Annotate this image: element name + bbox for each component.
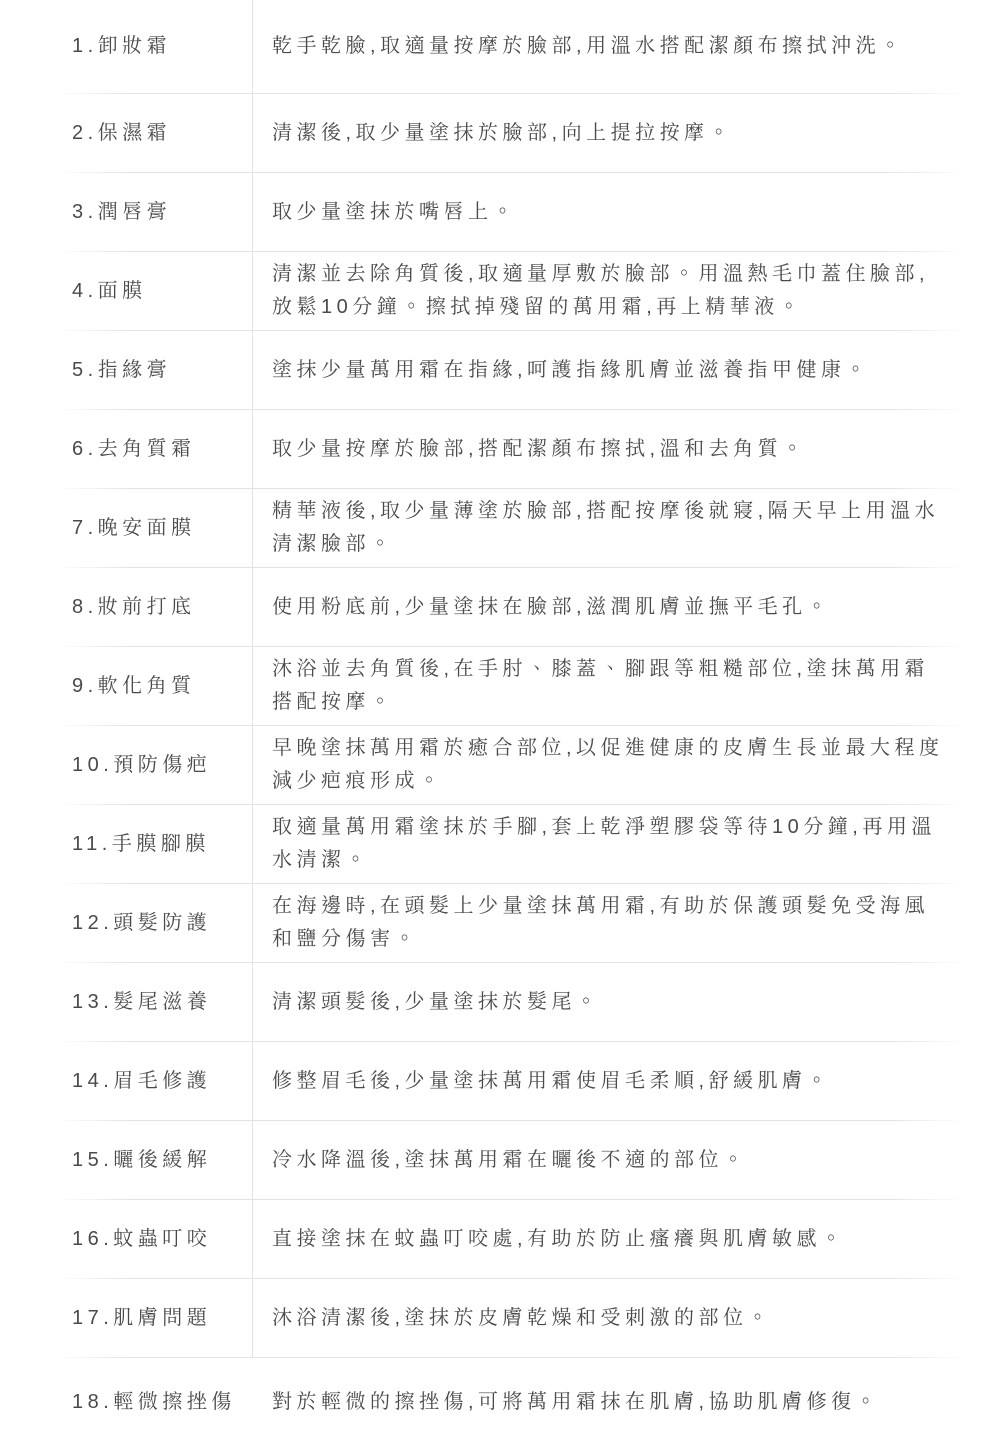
row-description: 清潔頭髮後,少量塗抹於髮尾。 bbox=[272, 991, 601, 1013]
row-description: 直接塗抹在蚊蟲叮咬處,有助於防止瘙癢與肌膚敏感。 bbox=[272, 1228, 846, 1250]
row-description: 精華液後,取少量薄塗於臉部,搭配按摩後就寢,隔天早上用溫水清潔臉部。 bbox=[272, 500, 939, 555]
usage-table: 1.卸妝霜 乾手乾臉,取適量按摩於臉部,用溫水搭配潔顏布擦拭沖洗。 2.保濕霜 … bbox=[0, 0, 1000, 1447]
row-description: 修整眉毛後,少量塗抹萬用霜使眉毛柔順,舒緩肌膚。 bbox=[272, 1070, 831, 1092]
label-cell: 11.手膜腳膜 bbox=[0, 805, 253, 883]
table-row: 1.卸妝霜 乾手乾臉,取適量按摩於臉部,用溫水搭配潔顏布擦拭沖洗。 bbox=[0, 0, 1000, 93]
desc-cell: 塗抹少量萬用霜在指緣,呵護指緣肌膚並滋養指甲健康。 bbox=[253, 348, 1000, 393]
label-cell: 4.面膜 bbox=[0, 252, 253, 330]
desc-cell: 取少量塗抹於嘴唇上。 bbox=[253, 190, 1000, 235]
desc-cell: 沐浴清潔後,塗抹於皮膚乾燥和受刺激的部位。 bbox=[253, 1296, 1000, 1341]
label-cell: 6.去角質霜 bbox=[0, 410, 253, 488]
row-description: 對於輕微的擦挫傷,可將萬用霜抹在肌膚,協助肌膚修復。 bbox=[272, 1391, 880, 1413]
desc-cell: 直接塗抹在蚊蟲叮咬處,有助於防止瘙癢與肌膚敏感。 bbox=[253, 1217, 1000, 1262]
row-label: 15.曬後緩解 bbox=[72, 1144, 211, 1177]
label-cell: 8.妝前打底 bbox=[0, 568, 253, 646]
row-description: 早晚塗抹萬用霜於癒合部位,以促進健康的皮膚生長並最大程度減少疤痕形成。 bbox=[272, 737, 944, 792]
label-cell: 10.預防傷疤 bbox=[0, 726, 253, 804]
label-cell: 18.輕微擦挫傷 bbox=[0, 1358, 253, 1446]
label-cell: 3.潤唇膏 bbox=[0, 173, 253, 251]
row-label: 16.蚊蟲叮咬 bbox=[72, 1223, 211, 1256]
label-cell: 5.指緣膏 bbox=[0, 331, 253, 409]
label-cell: 1.卸妝霜 bbox=[0, 0, 253, 93]
row-label: 1.卸妝霜 bbox=[72, 30, 171, 63]
row-label: 5.指緣膏 bbox=[72, 354, 171, 387]
label-cell: 14.眉毛修護 bbox=[0, 1042, 253, 1120]
table-row: 16.蚊蟲叮咬 直接塗抹在蚊蟲叮咬處,有助於防止瘙癢與肌膚敏感。 bbox=[0, 1200, 1000, 1278]
row-label: 9.軟化角質 bbox=[72, 670, 196, 703]
table-row: 10.預防傷疤 早晚塗抹萬用霜於癒合部位,以促進健康的皮膚生長並最大程度減少疤痕… bbox=[0, 726, 1000, 804]
desc-cell: 清潔並去除角質後,取適量厚敷於臉部。用溫熱毛巾蓋住臉部,放鬆10分鐘。擦拭掉殘留… bbox=[253, 252, 1000, 330]
row-description: 沐浴清潔後,塗抹於皮膚乾燥和受刺激的部位。 bbox=[272, 1307, 772, 1329]
label-cell: 13.髮尾滋養 bbox=[0, 963, 253, 1041]
label-cell: 7.晚安面膜 bbox=[0, 489, 253, 567]
table-row: 17.肌膚問題 沐浴清潔後,塗抹於皮膚乾燥和受刺激的部位。 bbox=[0, 1279, 1000, 1357]
table-row: 4.面膜 清潔並去除角質後,取適量厚敷於臉部。用溫熱毛巾蓋住臉部,放鬆10分鐘。… bbox=[0, 252, 1000, 330]
table-row: 2.保濕霜 清潔後,取少量塗抹於臉部,向上提拉按摩。 bbox=[0, 94, 1000, 172]
label-cell: 9.軟化角質 bbox=[0, 647, 253, 725]
desc-cell: 取適量萬用霜塗抹於手腳,套上乾淨塑膠袋等待10分鐘,再用溫水清潔。 bbox=[253, 805, 1000, 883]
label-cell: 2.保濕霜 bbox=[0, 94, 253, 172]
table-row: 8.妝前打底 使用粉底前,少量塗抹在臉部,滋潤肌膚並撫平毛孔。 bbox=[0, 568, 1000, 646]
label-cell: 17.肌膚問題 bbox=[0, 1279, 253, 1357]
table-row: 15.曬後緩解 冷水降溫後,塗抹萬用霜在曬後不適的部位。 bbox=[0, 1121, 1000, 1199]
table-row: 11.手膜腳膜 取適量萬用霜塗抹於手腳,套上乾淨塑膠袋等待10分鐘,再用溫水清潔… bbox=[0, 805, 1000, 883]
desc-cell: 對於輕微的擦挫傷,可將萬用霜抹在肌膚,協助肌膚修復。 bbox=[253, 1380, 1000, 1425]
row-label: 3.潤唇膏 bbox=[72, 196, 171, 229]
row-label: 6.去角質霜 bbox=[72, 433, 196, 466]
table-row: 5.指緣膏 塗抹少量萬用霜在指緣,呵護指緣肌膚並滋養指甲健康。 bbox=[0, 331, 1000, 409]
table-row: 12.頭髮防護 在海邊時,在頭髮上少量塗抹萬用霜,有助於保護頭髮免受海風和鹽分傷… bbox=[0, 884, 1000, 962]
desc-cell: 清潔頭髮後,少量塗抹於髮尾。 bbox=[253, 980, 1000, 1025]
table-row: 6.去角質霜 取少量按摩於臉部,搭配潔顏布擦拭,溫和去角質。 bbox=[0, 410, 1000, 488]
table-row: 18.輕微擦挫傷 對於輕微的擦挫傷,可將萬用霜抹在肌膚,協助肌膚修復。 bbox=[0, 1358, 1000, 1446]
row-label: 14.眉毛修護 bbox=[72, 1065, 211, 1098]
row-description: 清潔並去除角質後,取適量厚敷於臉部。用溫熱毛巾蓋住臉部,放鬆10分鐘。擦拭掉殘留… bbox=[272, 263, 929, 318]
row-label: 2.保濕霜 bbox=[72, 117, 171, 150]
row-label: 7.晚安面膜 bbox=[72, 512, 196, 545]
row-label: 13.髮尾滋養 bbox=[72, 986, 211, 1019]
row-description: 取少量按摩於臉部,搭配潔顏布擦拭,溫和去角質。 bbox=[272, 438, 807, 460]
desc-cell: 沐浴並去角質後,在手肘、膝蓋、腳跟等粗糙部位,塗抹萬用霜搭配按摩。 bbox=[253, 647, 1000, 725]
row-label: 8.妝前打底 bbox=[72, 591, 196, 624]
row-description: 乾手乾臉,取適量按摩於臉部,用溫水搭配潔顏布擦拭沖洗。 bbox=[272, 35, 905, 57]
table-row: 13.髮尾滋養 清潔頭髮後,少量塗抹於髮尾。 bbox=[0, 963, 1000, 1041]
label-cell: 15.曬後緩解 bbox=[0, 1121, 253, 1199]
row-description: 取少量塗抹於嘴唇上。 bbox=[272, 201, 517, 223]
table-row: 3.潤唇膏 取少量塗抹於嘴唇上。 bbox=[0, 173, 1000, 251]
desc-cell: 清潔後,取少量塗抹於臉部,向上提拉按摩。 bbox=[253, 111, 1000, 156]
row-label: 18.輕微擦挫傷 bbox=[72, 1386, 236, 1419]
row-label: 4.面膜 bbox=[72, 275, 147, 308]
table-row: 14.眉毛修護 修整眉毛後,少量塗抹萬用霜使眉毛柔順,舒緩肌膚。 bbox=[0, 1042, 1000, 1120]
row-label: 10.預防傷疤 bbox=[72, 749, 211, 782]
row-description: 塗抹少量萬用霜在指緣,呵護指緣肌膚並滋養指甲健康。 bbox=[272, 359, 870, 381]
desc-cell: 冷水降溫後,塗抹萬用霜在曬後不適的部位。 bbox=[253, 1138, 1000, 1183]
table-row: 7.晚安面膜 精華液後,取少量薄塗於臉部,搭配按摩後就寢,隔天早上用溫水清潔臉部… bbox=[0, 489, 1000, 567]
row-label: 12.頭髮防護 bbox=[72, 907, 211, 940]
row-description: 冷水降溫後,塗抹萬用霜在曬後不適的部位。 bbox=[272, 1149, 748, 1171]
label-cell: 12.頭髮防護 bbox=[0, 884, 253, 962]
row-label: 17.肌膚問題 bbox=[72, 1302, 211, 1335]
row-label: 11.手膜腳膜 bbox=[72, 828, 210, 861]
row-description: 清潔後,取少量塗抹於臉部,向上提拉按摩。 bbox=[272, 122, 733, 144]
desc-cell: 修整眉毛後,少量塗抹萬用霜使眉毛柔順,舒緩肌膚。 bbox=[253, 1059, 1000, 1104]
desc-cell: 早晚塗抹萬用霜於癒合部位,以促進健康的皮膚生長並最大程度減少疤痕形成。 bbox=[253, 726, 1000, 804]
desc-cell: 使用粉底前,少量塗抹在臉部,滋潤肌膚並撫平毛孔。 bbox=[253, 585, 1000, 630]
table-row: 9.軟化角質 沐浴並去角質後,在手肘、膝蓋、腳跟等粗糙部位,塗抹萬用霜搭配按摩。 bbox=[0, 647, 1000, 725]
desc-cell: 取少量按摩於臉部,搭配潔顏布擦拭,溫和去角質。 bbox=[253, 427, 1000, 472]
desc-cell: 在海邊時,在頭髮上少量塗抹萬用霜,有助於保護頭髮免受海風和鹽分傷害。 bbox=[253, 884, 1000, 962]
label-cell: 16.蚊蟲叮咬 bbox=[0, 1200, 253, 1278]
row-description: 取適量萬用霜塗抹於手腳,套上乾淨塑膠袋等待10分鐘,再用溫水清潔。 bbox=[272, 816, 936, 871]
row-description: 沐浴並去角質後,在手肘、膝蓋、腳跟等粗糙部位,塗抹萬用霜搭配按摩。 bbox=[272, 658, 929, 713]
row-description: 在海邊時,在頭髮上少量塗抹萬用霜,有助於保護頭髮免受海風和鹽分傷害。 bbox=[272, 895, 929, 950]
row-description: 使用粉底前,少量塗抹在臉部,滋潤肌膚並撫平毛孔。 bbox=[272, 596, 831, 618]
desc-cell: 精華液後,取少量薄塗於臉部,搭配按摩後就寢,隔天早上用溫水清潔臉部。 bbox=[253, 489, 1000, 567]
desc-cell: 乾手乾臉,取適量按摩於臉部,用溫水搭配潔顏布擦拭沖洗。 bbox=[253, 24, 1000, 69]
